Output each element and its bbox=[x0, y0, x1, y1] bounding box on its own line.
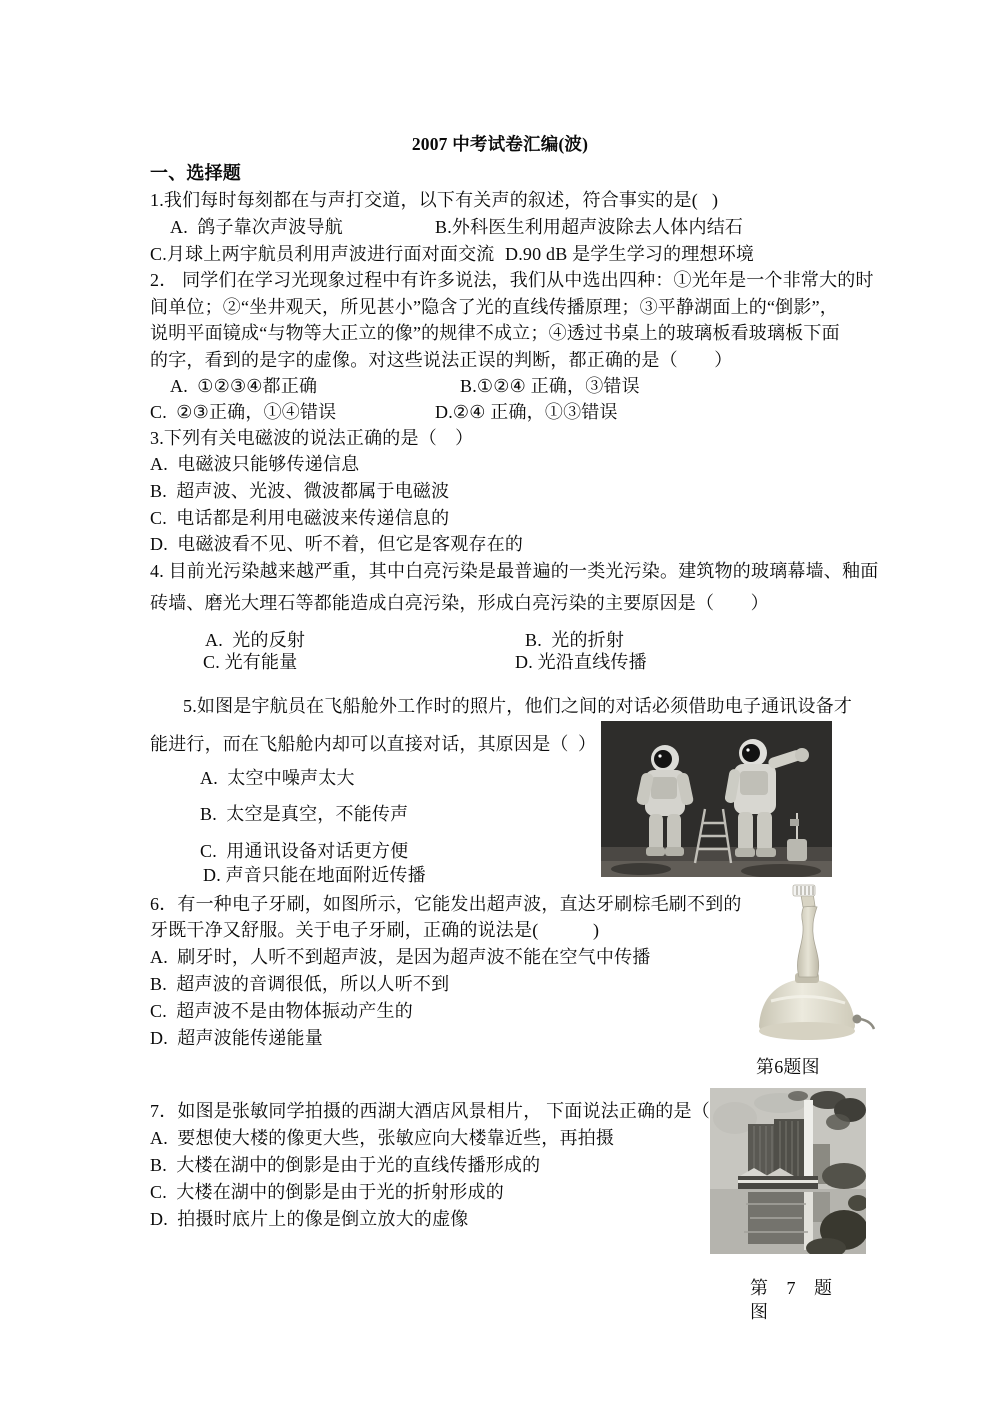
exam-document-page: 2007 中考试卷汇编(波) 一、选择题 1.我们每时每刻都在与声打交道，以下有… bbox=[0, 0, 1000, 1415]
q2-option-a: A. ①②③④都正确 bbox=[170, 375, 460, 397]
q5-stem-line1: 5.如图是宇航员在飞船舱外工作时的照片，他们之间的对话必须借助电子通讯设备才 bbox=[183, 695, 852, 717]
q6-stem-line1: 6．有一种电子牙刷，如图所示，它能发出超声波，直达牙刷棕毛刷不到的地方 bbox=[150, 893, 778, 915]
q2-options-ab: A. ①②③④都正确 B.①②④ 正确，③错误 bbox=[170, 375, 640, 397]
astronauts-photo bbox=[601, 721, 832, 877]
q4-stem-line2: 砖墙、磨光大理石等都能造成白亮污染，形成白亮污染的主要原因是（ ） bbox=[150, 592, 769, 614]
q5-option-d: D. 声音只能在地面附近传播 bbox=[203, 864, 426, 886]
q2-option-b: B.①②④ 正确，③错误 bbox=[460, 375, 640, 397]
q2-option-d: D.②④ 正确，①③错误 bbox=[435, 401, 618, 423]
q4-options-cd: C. 光有能量 D. 光沿直线传播 bbox=[203, 651, 647, 673]
q1-stem: 1.我们每时每刻都在与声打交道，以下有关声的叙述，符合事实的是( ) bbox=[150, 189, 718, 211]
q6-stem-line2: 牙既干净又舒服。关于电子牙刷，正确的说法是( ) bbox=[150, 919, 599, 941]
q5-option-b: B. 太空是真空，不能传声 bbox=[200, 803, 408, 825]
q6-option-a: A. 刷牙时，人听不到超声波，是因为超声波不能在空气中传播 bbox=[150, 946, 651, 968]
q3-option-b: B. 超声波、光波、微波都属于电磁波 bbox=[150, 480, 449, 502]
q4-option-d: D. 光沿直线传播 bbox=[515, 651, 647, 673]
q5-option-a: A. 太空中噪声太大 bbox=[200, 767, 355, 789]
q4-stem-line1: 4. 目前光污染越来越严重，其中白亮污染是最普遍的一类光污染。建筑物的玻璃幕墙、… bbox=[150, 560, 878, 582]
q1-option-c: C.月球上两宇航员利用声波进行面对面交流 bbox=[150, 243, 505, 265]
q4-option-b: B. 光的折射 bbox=[525, 629, 624, 651]
astronauts-photo-image bbox=[601, 721, 832, 877]
q1-options-cd: C.月球上两宇航员利用声波进行面对面交流 D.90 dB 是学生学习的理想环境 bbox=[150, 243, 754, 265]
q1-options-ab: A. 鸽子靠次声波导航 B.外科医生利用超声波除去人体内结石 bbox=[170, 216, 743, 238]
q4-options-ab: A. 光的反射 B. 光的折射 bbox=[205, 629, 624, 651]
q5-stem-line2: 能进行，而在飞船舱内却可以直接对话，其原因是（ ） bbox=[150, 733, 596, 755]
toothbrush-photo bbox=[741, 883, 879, 1048]
q4-option-a: A. 光的反射 bbox=[205, 629, 525, 651]
figure7-caption-line2: 图 bbox=[750, 1301, 768, 1323]
q3-option-a: A. 电磁波只能够传递信息 bbox=[150, 453, 359, 475]
hotel-photo-image bbox=[710, 1088, 866, 1254]
q7-option-c: C. 大楼在湖中的倒影是由于光的折射形成的 bbox=[150, 1181, 504, 1203]
q2-stem-line1: 2． 同学们在学习光现象过程中有许多说法，我们从中选出四种：①光年是一个非常大的… bbox=[150, 269, 874, 291]
q2-stem-line4: 的字，看到的是字的虚像。对这些说法正误的判断，都正确的是（ ） bbox=[150, 349, 732, 371]
q3-option-d: D. 电磁波看不见、听不着，但它是客观存在的 bbox=[150, 533, 523, 555]
q1-option-d: D.90 dB 是学生学习的理想环境 bbox=[505, 243, 754, 265]
q7-stem: 7．如图是张敏同学拍摄的西湖大酒店风景相片， 下面说法正确的是（） bbox=[150, 1100, 728, 1122]
q7-option-a: A. 要想使大楼的像更大些，张敏应向大楼靠近些，再拍摄 bbox=[150, 1127, 614, 1149]
q2-options-cd: C. ②③正确，①④错误 D.②④ 正确，①③错误 bbox=[150, 401, 618, 423]
figure6-caption: 第6题图 bbox=[756, 1056, 820, 1078]
q4-option-c: C. 光有能量 bbox=[203, 651, 515, 673]
q6-option-d: D. 超声波能传递能量 bbox=[150, 1027, 323, 1049]
toothbrush-photo-image bbox=[741, 883, 879, 1048]
hotel-photo bbox=[710, 1088, 866, 1254]
q6-option-c: C. 超声波不是由物体振动产生的 bbox=[150, 1000, 413, 1022]
q2-stem-line2: 间单位；②“坐井观天，所见甚小”隐含了光的直线传播原理；③平静湖面上的“倒影”， bbox=[150, 296, 838, 318]
q2-stem-line3: 说明平面镜成“与物等大正立的像”的规律不成立；④透过书桌上的玻璃板看玻璃板下面 bbox=[150, 322, 840, 344]
q1-option-b: B.外科医生利用超声波除去人体内结石 bbox=[435, 216, 743, 238]
figure7-caption-line1: 第 7 题 bbox=[750, 1277, 839, 1299]
q6-option-b: B. 超声波的音调很低，所以人听不到 bbox=[150, 973, 449, 995]
page-title: 2007 中考试卷汇编(波) bbox=[0, 133, 1000, 155]
q7-option-d: D. 拍摄时底片上的像是倒立放大的虚像 bbox=[150, 1208, 469, 1230]
q7-option-b: B. 大楼在湖中的倒影是由于光的直线传播形成的 bbox=[150, 1154, 540, 1176]
q2-option-c: C. ②③正确，①④错误 bbox=[150, 401, 435, 423]
q3-option-c: C. 电话都是利用电磁波来传递信息的 bbox=[150, 507, 449, 529]
q1-option-a: A. 鸽子靠次声波导航 bbox=[170, 216, 435, 238]
q3-stem: 3.下列有关电磁波的说法正确的是（ ） bbox=[150, 427, 473, 449]
q5-option-c: C. 用通讯设备对话更方便 bbox=[200, 840, 408, 862]
section-heading: 一、选择题 bbox=[150, 162, 241, 184]
